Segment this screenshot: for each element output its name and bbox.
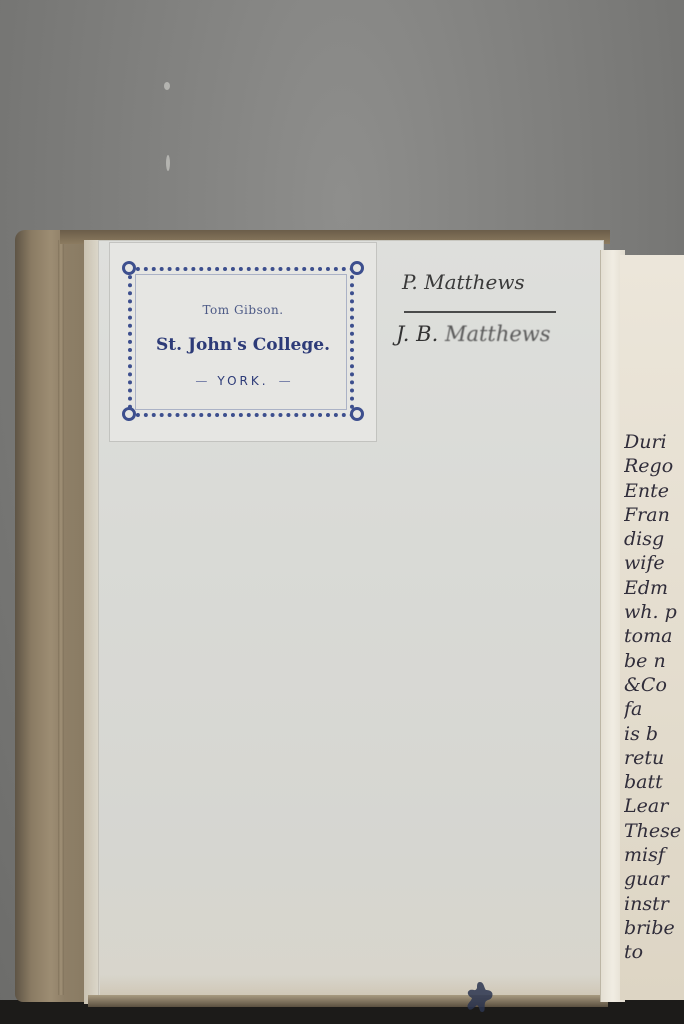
handwriting-line: be n: [624, 649, 684, 673]
bookplate-owner-name: Tom Gibson.: [110, 303, 376, 317]
handwriting-line: guar: [624, 867, 684, 891]
handwriting-line: toma: [624, 624, 684, 648]
handwriting-line: Duri: [624, 430, 684, 454]
bookplate-city: YORK.: [110, 374, 376, 388]
handwriting-line: batt: [624, 770, 684, 794]
handwriting-line: Rego: [624, 454, 684, 478]
bookplate-college-name: St. John's College.: [110, 335, 376, 355]
pencil-signature-first: P. Matthews: [402, 270, 525, 294]
handwriting-line: disg: [624, 527, 684, 551]
border-corner-ornament: [350, 261, 364, 275]
handwriting-line: wife: [624, 551, 684, 575]
handwriting-line: &Co: [624, 673, 684, 697]
cover-bottom-edge: [88, 995, 608, 1007]
border-corner-ornament: [350, 407, 364, 421]
handwriting-line: These: [624, 819, 684, 843]
signature-surname: Matthews: [445, 322, 551, 346]
handwriting-line: retu: [624, 746, 684, 770]
surface-mark: [166, 155, 170, 171]
handwritten-text: Duri Rego Ente Fran disg wife Edm wh. p …: [624, 430, 684, 965]
handwriting-line: instr: [624, 892, 684, 916]
pencil-signature-second: J. B. Matthews: [396, 322, 551, 346]
handwriting-line: wh. p: [624, 600, 684, 624]
handwriting-line: Edm: [624, 576, 684, 600]
border-corner-ornament: [122, 261, 136, 275]
signature-initials: J. B.: [396, 322, 438, 346]
handwriting-line: to: [624, 940, 684, 964]
spine-ridge: [58, 240, 64, 995]
surface-mark: [164, 82, 170, 90]
handwriting-line: Fran: [624, 503, 684, 527]
handwriting-line: misf: [624, 843, 684, 867]
handwriting-line: is b: [624, 722, 684, 746]
signature-underline: [404, 311, 556, 313]
border-corner-ornament: [122, 407, 136, 421]
ink-blot-icon: [462, 980, 498, 1014]
handwriting-line: fa: [624, 697, 684, 721]
handwriting-line: Ente: [624, 479, 684, 503]
bookplate: Tom Gibson. St. John's College. YORK.: [110, 243, 376, 441]
handwriting-line: Lear: [624, 794, 684, 818]
handwriting-line: bribe: [624, 916, 684, 940]
